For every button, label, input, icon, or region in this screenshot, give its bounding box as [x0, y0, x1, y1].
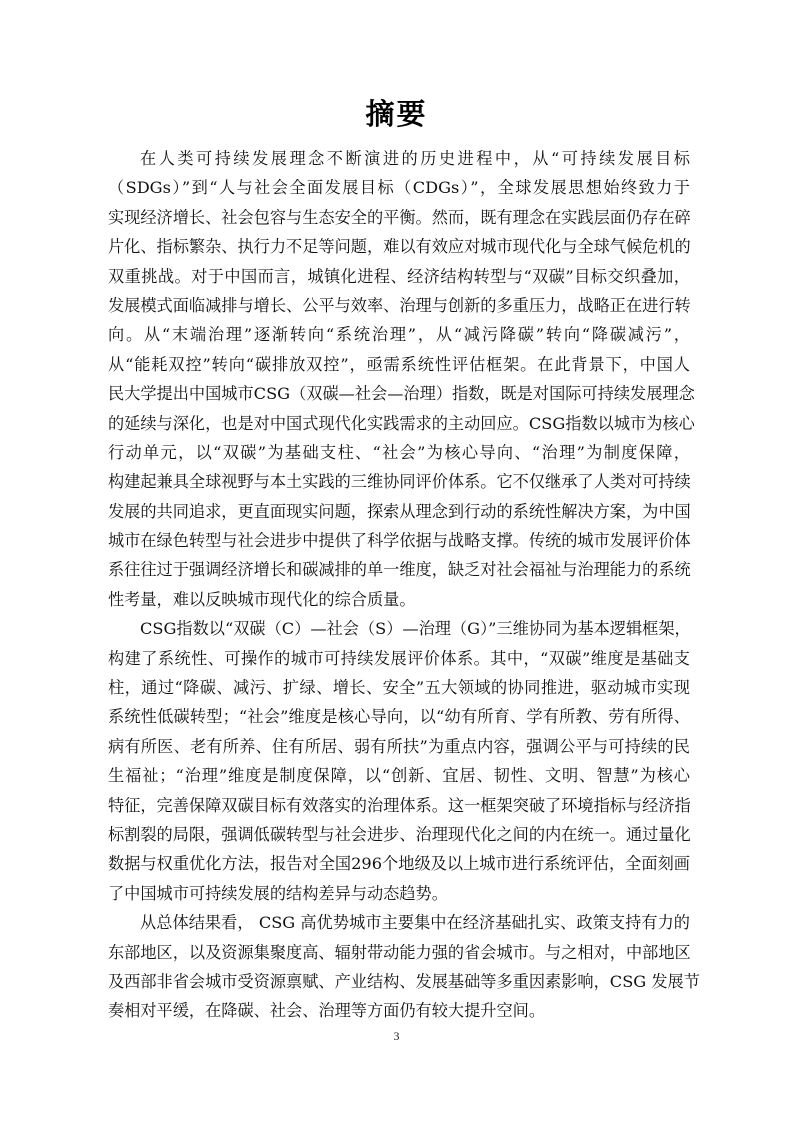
text-line: 柱，通过“降碳、减污、扩绿、增长、安全”五大领域的协同推进，驱动城市实现: [108, 673, 690, 702]
text-line: 从总体结果看， CSG 高优势城市主要集中在经济基础扎实、政策支持有力的: [108, 908, 690, 937]
text-line: 特征，完善保障双碳目标有效落实的治理体系。这一框架突破了环境指标与经济指: [108, 791, 690, 820]
text-line: 标割裂的局限，强调低碳转型与社会进步、治理现代化之间的内在统一。通过量化: [108, 820, 690, 849]
text-line: CSG指数以“双碳（C）—社会（S）—治理（G）”三维协同为基本逻辑框架，: [108, 614, 690, 643]
text-line: 生福祉；“治理”维度是制度保障，以“创新、宜居、韧性、文明、智慧”为核心: [108, 761, 690, 790]
text-line: 发展的共同追求，更直面现实问题，探索从理念到行动的系统性解决方案，为中国: [108, 497, 690, 526]
text-line: 实现经济增长、社会包容与生态安全的平衡。然而，既有理念在实践层面仍存在碎: [108, 203, 690, 232]
text-line: 构建了系统性、可操作的城市可持续发展评价体系。其中，“双碳”维度是基础支: [108, 644, 690, 673]
text-line: 数据与权重优化方法，报告对全国296个地级及以上城市进行系统评估，全面刻画: [108, 849, 690, 878]
text-line: 了中国城市可持续发展的结构差异与动态趋势。: [108, 879, 690, 908]
text-line: 向。从“末端治理”逐渐转向“系统治理”，从“减污降碳”转向“降碳减污”，: [108, 320, 690, 349]
page-number: 3: [0, 1029, 793, 1044]
text-line: 奏相对平缓，在降碳、社会、治理等方面仍有较大提升空间。: [108, 996, 690, 1025]
text-line: 东部地区，以及资源集聚度高、辐射带动能力强的省会城市。与之相对，中部地区: [108, 938, 690, 967]
page-title: 摘要: [0, 92, 793, 133]
text-line: 行动单元，以“双碳”为基础支柱、“社会”为核心导向、“治理”为制度保障，: [108, 438, 690, 467]
paragraph-2: CSG指数以“双碳（C）—社会（S）—治理（G）”三维协同为基本逻辑框架， 构建…: [108, 614, 690, 908]
paragraph-1: 在人类可持续发展理念不断演进的历史进程中，从“可持续发展目标 （SDGs）”到“…: [108, 144, 690, 614]
text-line: 发展模式面临减排与增长、公平与效率、治理与创新的多重压力，战略正在进行转: [108, 291, 690, 320]
text-line: 双重挑战。对于中国而言，城镇化进程、经济结构转型与“双碳”目标交织叠加，: [108, 262, 690, 291]
text-line: 从“能耗双控”转向“碳排放双控”，亟需系统性评估框架。在此背景下，中国人: [108, 350, 690, 379]
text-line: 病有所医、老有所养、住有所居、弱有所扶”为重点内容，强调公平与可持续的民: [108, 732, 690, 761]
text-line: 在人类可持续发展理念不断演进的历史进程中，从“可持续发展目标: [108, 144, 690, 173]
text-line: 及西部非省会城市受资源禀赋、产业结构、发展基础等多重因素影响，CSG 发展节: [108, 967, 690, 996]
paragraph-3: 从总体结果看， CSG 高优势城市主要集中在经济基础扎实、政策支持有力的 东部地…: [108, 908, 690, 1026]
text-line: 系往往过于强调经济增长和碳减排的单一维度，缺乏对社会福祉与治理能力的系统: [108, 555, 690, 584]
abstract-body: 在人类可持续发展理念不断演进的历史进程中，从“可持续发展目标 （SDGs）”到“…: [108, 144, 690, 1026]
text-line: 性考量，难以反映城市现代化的综合质量。: [108, 585, 690, 614]
text-line: 构建起兼具全球视野与本土实践的三维协同评价体系。它不仅继承了人类对可持续: [108, 467, 690, 496]
text-line: （SDGs）”到“人与社会全面发展目标（CDGs）”，全球发展思想始终致力于: [108, 173, 690, 202]
text-line: 片化、指标繁杂、执行力不足等问题，难以有效应对城市现代化与全球气候危机的: [108, 232, 690, 261]
text-line: 城市在绿色转型与社会进步中提供了科学依据与战略支撑。传统的城市发展评价体: [108, 526, 690, 555]
text-line: 系统性低碳转型；“社会”维度是核心导向，以“幼有所育、学有所教、劳有所得、: [108, 702, 690, 731]
text-line: 的延续与深化，也是对中国式现代化实践需求的主动回应。CSG指数以城市为核心: [108, 409, 690, 438]
text-line: 民大学提出中国城市CSG（双碳—社会—治理）指数，既是对国际可持续发展理念: [108, 379, 690, 408]
